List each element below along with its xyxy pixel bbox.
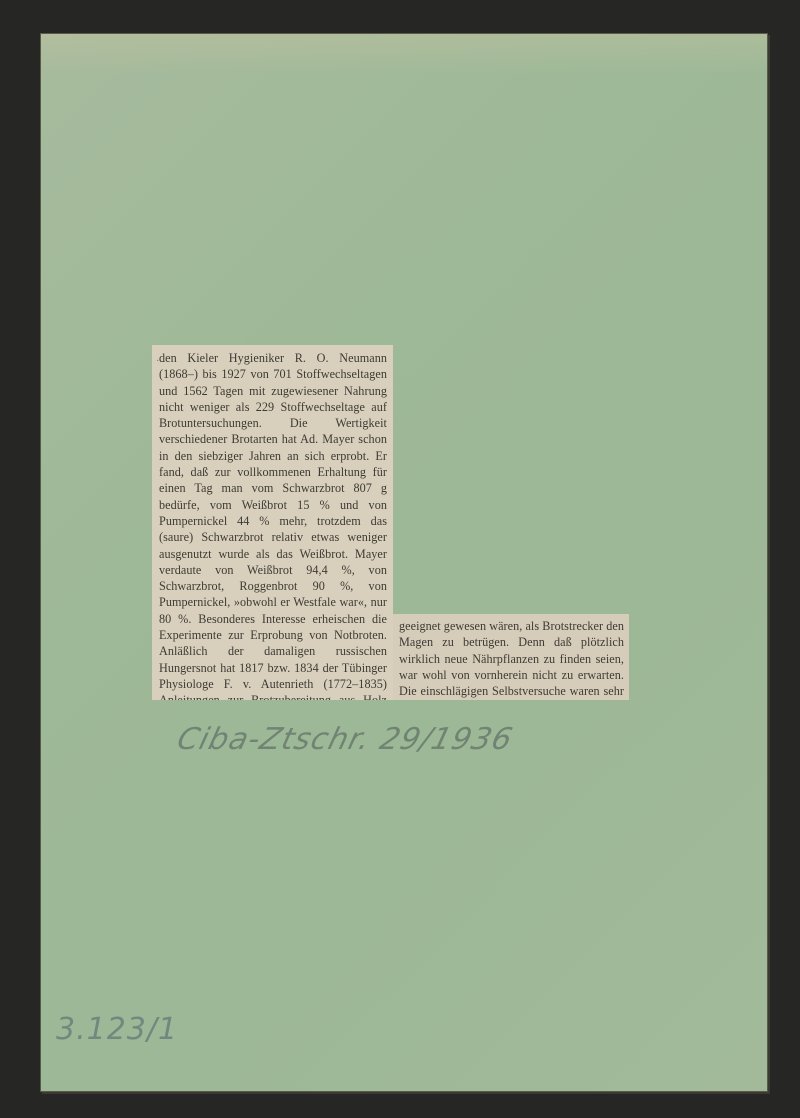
newspaper-clipping-right: geeignet gewesen wären, als Brotstrecker… — [393, 614, 629, 700]
handwritten-archive-number: 3.123/1 — [56, 1012, 178, 1047]
clipping-main-paragraph: den Kieler Hygieniker R. O. Neumann (186… — [159, 350, 387, 700]
newspaper-clipping-left: · den Kieler Hygieniker R. O. Neumann (1… — [152, 345, 393, 700]
handwritten-source-note: Ciba-Ztschr. 29/1936 — [174, 722, 517, 757]
margin-dot: · — [156, 356, 159, 367]
archival-sheet: · den Kieler Hygieniker R. O. Neumann (1… — [41, 34, 767, 1091]
clipping-right-paragraph: geeignet gewesen wären, als Brotstrecker… — [399, 618, 624, 700]
